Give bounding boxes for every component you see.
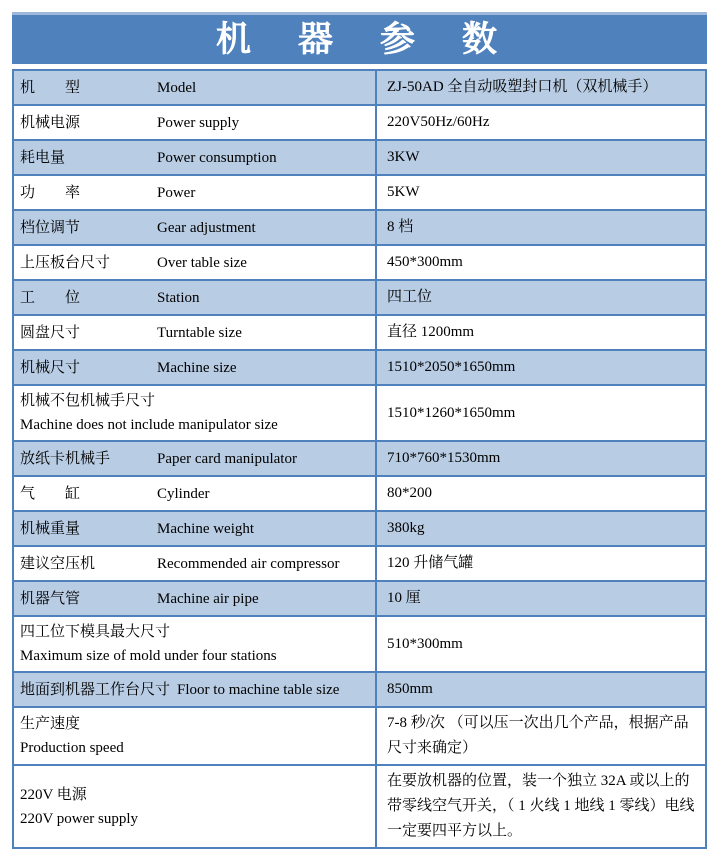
table-row: 上压板台尺寸Over table size450*300mm <box>14 244 705 279</box>
param-label-cell: 机器气管Machine air pipe <box>14 582 375 615</box>
param-value-cell: 10 厘 <box>375 582 705 615</box>
param-label-line: 气 缸Cylinder <box>20 482 367 506</box>
param-value-cell: 510*300mm <box>375 617 705 671</box>
table-row: 机械尺寸Machine size1510*2050*1650mm <box>14 349 705 384</box>
param-label-cell: 四工位下模具最大尺寸Maximum size of mold under fou… <box>14 617 375 671</box>
param-value-cell: 3KW <box>375 141 705 174</box>
param-value-cell: 850mm <box>375 673 705 706</box>
param-name-en: Floor to machine table size <box>177 682 339 698</box>
param-label-cell: 机械电源Power supply <box>14 106 375 139</box>
table-row: 工 位Station四工位 <box>14 279 705 314</box>
param-name-en: Model <box>157 76 196 100</box>
param-name-cn: 机 型 <box>20 76 157 100</box>
param-label-line: 上压板台尺寸Over table size <box>20 251 367 275</box>
param-name-cn: 地面到机器工作台尺寸 <box>20 682 170 698</box>
parameters-table: 机 型ModelZJ-50AD 全自动吸塑封口机（双机械手）机械电源Power … <box>12 69 707 849</box>
param-value-cell: 7-8 秒/次 （可以压一次出几个产品，根据产品尺寸来确定） <box>375 708 705 764</box>
param-label-line: 圆盘尺寸Turntable size <box>20 321 367 345</box>
param-name-en: Paper card manipulator <box>157 447 297 471</box>
param-name-en: Power <box>157 181 195 205</box>
param-name-cn: 气 缸 <box>20 482 157 506</box>
param-label-cell: 地面到机器工作台尺寸Floor to machine table size <box>14 673 375 706</box>
table-row: 机械重量Machine weight380kg <box>14 510 705 545</box>
param-name-en: 220V power supply <box>20 807 367 831</box>
param-label-line: 机械电源Power supply <box>20 111 367 135</box>
param-name-cn: 四工位下模具最大尺寸 <box>20 620 367 644</box>
table-row: 耗电量Power consumption3KW <box>14 139 705 174</box>
param-value-cell: 1510*2050*1650mm <box>375 351 705 384</box>
param-label-line: 机械重量Machine weight <box>20 517 367 541</box>
param-value-cell: ZJ-50AD 全自动吸塑封口机（双机械手） <box>375 71 705 104</box>
param-label-cell: 工 位Station <box>14 281 375 314</box>
param-name-cn: 上压板台尺寸 <box>20 251 157 275</box>
param-name-en: Recommended air compressor <box>157 552 339 576</box>
param-name-cn: 220V 电源 <box>20 783 367 807</box>
param-name-en: Power consumption <box>157 146 277 170</box>
param-value-cell: 在要放机器的位置，装一个独立 32A 或以上的带零线空气开关，（ 1 火线 1 … <box>375 766 705 847</box>
param-name-en: Turntable size <box>157 321 242 345</box>
table-row: 机 型ModelZJ-50AD 全自动吸塑封口机（双机械手） <box>14 71 705 104</box>
param-label-cell: 机械不包机械手尺寸Machine does not include manipu… <box>14 386 375 440</box>
param-label-cell: 建议空压机Recommended air compressor <box>14 547 375 580</box>
param-name-cn: 档位调节 <box>20 216 157 240</box>
param-label-cell: 上压板台尺寸Over table size <box>14 246 375 279</box>
machine-parameters-sheet: 机 器 参 数 机 型ModelZJ-50AD 全自动吸塑封口机（双机械手）机械… <box>0 0 719 853</box>
table-row: 气 缸Cylinder80*200 <box>14 475 705 510</box>
table-row: 地面到机器工作台尺寸Floor to machine table size850… <box>14 671 705 706</box>
param-value-cell: 直径 1200mm <box>375 316 705 349</box>
table-header-band: 机 器 参 数 <box>12 12 707 64</box>
param-name-en: Cylinder <box>157 482 210 506</box>
table-row: 机械不包机械手尺寸Machine does not include manipu… <box>14 384 705 440</box>
param-label-cell: 功 率Power <box>14 176 375 209</box>
param-name-cn: 圆盘尺寸 <box>20 321 157 345</box>
table-row: 放纸卡机械手Paper card manipulator710*760*1530… <box>14 440 705 475</box>
param-name-en: Power supply <box>157 111 239 135</box>
param-name-en: Maximum size of mold under four stations <box>20 644 367 668</box>
param-value-cell: 450*300mm <box>375 246 705 279</box>
param-label-line: 放纸卡机械手Paper card manipulator <box>20 447 367 471</box>
param-label-line: 耗电量Power consumption <box>20 146 367 170</box>
param-label-line: 档位调节Gear adjustment <box>20 216 367 240</box>
param-name-cn: 建议空压机 <box>20 552 157 576</box>
table-row: 生产速度Production speed7-8 秒/次 （可以压一次出几个产品，… <box>14 706 705 764</box>
param-label-line: 机器气管Machine air pipe <box>20 587 367 611</box>
param-value-cell: 710*760*1530mm <box>375 442 705 475</box>
param-label-cell: 放纸卡机械手Paper card manipulator <box>14 442 375 475</box>
param-label-cell: 机械尺寸Machine size <box>14 351 375 384</box>
param-label-line: 机械尺寸Machine size <box>20 356 367 380</box>
param-name-cn: 功 率 <box>20 181 157 205</box>
param-name-en: Station <box>157 286 200 310</box>
param-name-cn: 放纸卡机械手 <box>20 447 157 471</box>
param-name-cn: 机械重量 <box>20 517 157 541</box>
param-label-cell: 档位调节Gear adjustment <box>14 211 375 244</box>
param-value-cell: 120 升储气罐 <box>375 547 705 580</box>
param-label-cell: 机 型Model <box>14 71 375 104</box>
param-name-cn: 机械尺寸 <box>20 356 157 380</box>
param-name-cn: 机器气管 <box>20 587 157 611</box>
table-row: 四工位下模具最大尺寸Maximum size of mold under fou… <box>14 615 705 671</box>
param-value-cell: 四工位 <box>375 281 705 314</box>
param-value-cell: 80*200 <box>375 477 705 510</box>
table-row: 圆盘尺寸Turntable size直径 1200mm <box>14 314 705 349</box>
param-name-cn: 工 位 <box>20 286 157 310</box>
param-label-line: 建议空压机Recommended air compressor <box>20 552 367 576</box>
param-name-en: Machine does not include manipulator siz… <box>20 413 367 437</box>
param-name-cn: 生产速度 <box>20 712 367 736</box>
page-title: 机 器 参 数 <box>216 22 503 57</box>
param-label-cell: 气 缸Cylinder <box>14 477 375 510</box>
param-name-en: Machine size <box>157 356 237 380</box>
table-row: 建议空压机Recommended air compressor120 升储气罐 <box>14 545 705 580</box>
param-label-cell: 生产速度Production speed <box>14 708 375 764</box>
param-label-line: 机 型Model <box>20 76 367 100</box>
param-label-line: 功 率Power <box>20 181 367 205</box>
param-label-line: 地面到机器工作台尺寸Floor to machine table size <box>20 678 367 702</box>
param-value-cell: 5KW <box>375 176 705 209</box>
param-label-cell: 耗电量Power consumption <box>14 141 375 174</box>
table-row: 功 率Power5KW <box>14 174 705 209</box>
param-name-en: Machine weight <box>157 517 254 541</box>
param-label-cell: 220V 电源220V power supply <box>14 766 375 847</box>
param-name-en: Production speed <box>20 736 367 760</box>
param-name-cn: 耗电量 <box>20 146 157 170</box>
param-value-cell: 8 档 <box>375 211 705 244</box>
param-value-cell: 1510*1260*1650mm <box>375 386 705 440</box>
param-name-en: Machine air pipe <box>157 587 259 611</box>
param-name-cn: 机械电源 <box>20 111 157 135</box>
param-name-en: Over table size <box>157 251 247 275</box>
param-value-cell: 380kg <box>375 512 705 545</box>
param-label-cell: 圆盘尺寸Turntable size <box>14 316 375 349</box>
table-row: 220V 电源220V power supply在要放机器的位置，装一个独立 3… <box>14 764 705 847</box>
param-name-cn: 机械不包机械手尺寸 <box>20 389 367 413</box>
param-label-cell: 机械重量Machine weight <box>14 512 375 545</box>
param-label-line: 工 位Station <box>20 286 367 310</box>
param-name-en: Gear adjustment <box>157 216 256 240</box>
table-row: 机器气管Machine air pipe10 厘 <box>14 580 705 615</box>
param-value-cell: 220V50Hz/60Hz <box>375 106 705 139</box>
table-row: 机械电源Power supply220V50Hz/60Hz <box>14 104 705 139</box>
table-row: 档位调节Gear adjustment8 档 <box>14 209 705 244</box>
